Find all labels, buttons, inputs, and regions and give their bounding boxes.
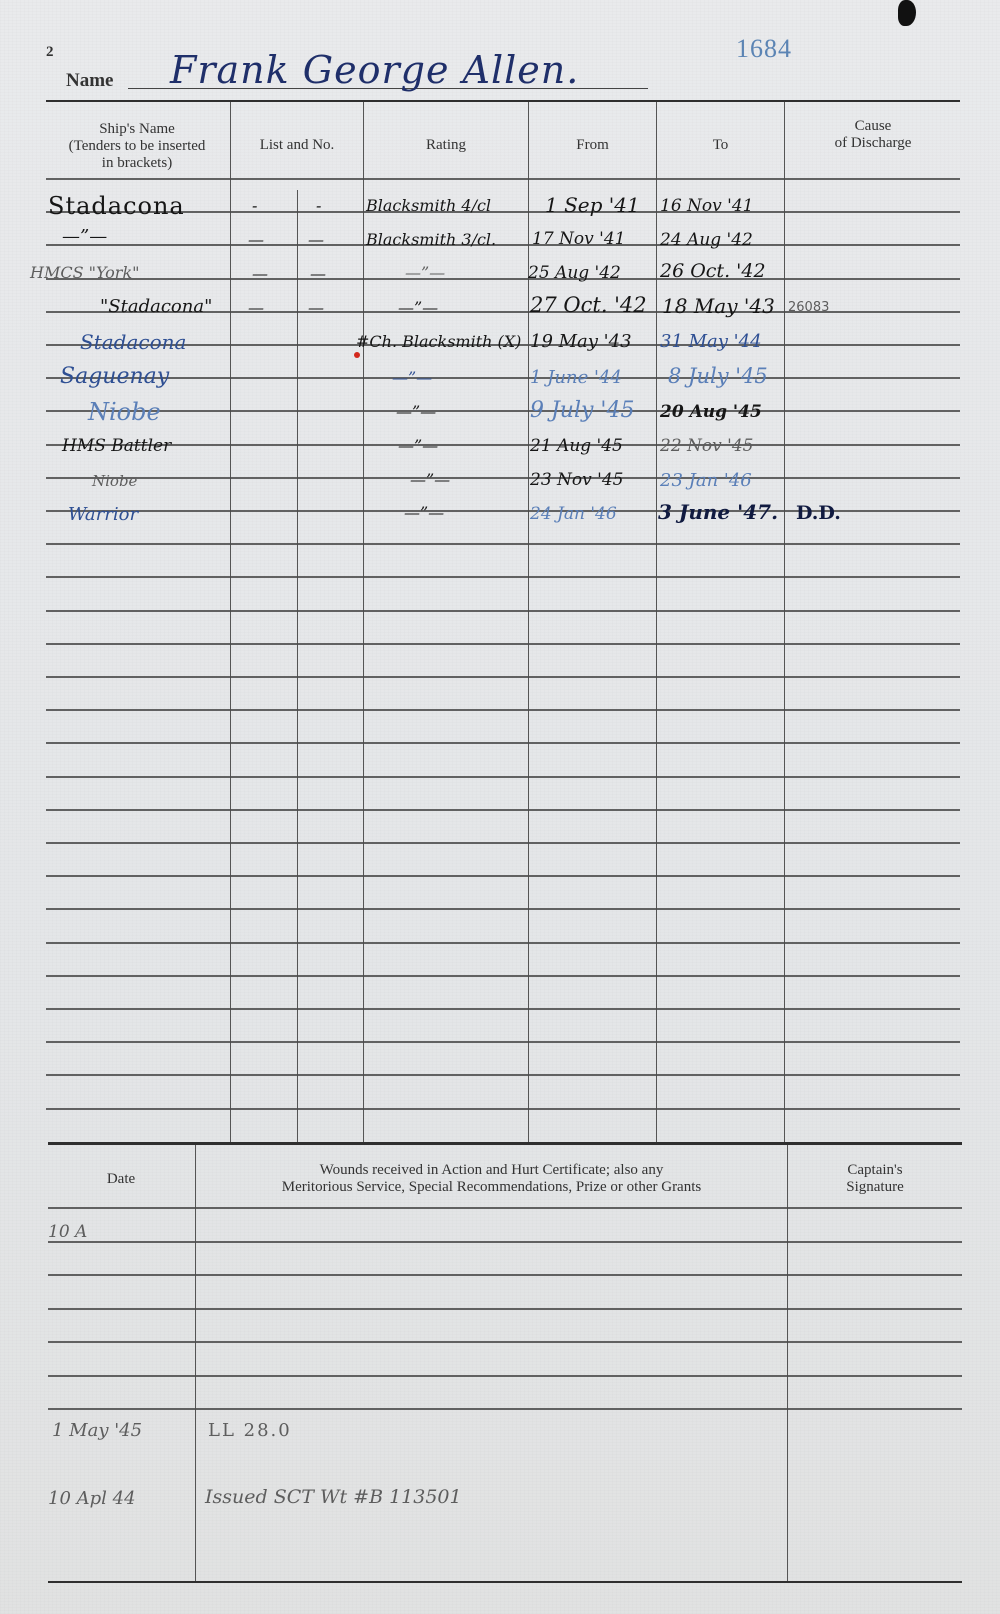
row-rule: [46, 244, 960, 246]
row-rule: [46, 1074, 960, 1076]
row-rule: [46, 444, 960, 446]
row-3-to: 18 May '43: [662, 294, 775, 318]
row-1-no: —: [308, 230, 324, 249]
top-rule: [46, 100, 960, 102]
row-rule: [46, 908, 960, 910]
row-7-to: 22 Nov '45: [660, 436, 753, 456]
row-2-list: —: [252, 264, 268, 283]
row-rule: [46, 643, 960, 645]
row-4-ship: Stadacona: [80, 330, 186, 354]
row-9-cause: D.D.: [796, 502, 841, 524]
grants-row-rule: [48, 1308, 962, 1310]
ink-blot: [898, 0, 916, 26]
header-bottom-rule: [46, 178, 960, 180]
col-divider: [230, 102, 231, 1142]
row-1-list: —: [248, 230, 264, 249]
row-6-rating: —”—: [396, 402, 436, 421]
row-rule: [46, 942, 960, 944]
row-rule: [46, 875, 960, 877]
row-6-from: 9 July '45: [530, 398, 634, 423]
row-5-rating: —”—: [392, 368, 432, 387]
row-5-ship: Saguenay: [60, 364, 169, 389]
section-divider-rule: [48, 1142, 962, 1145]
grants-row-6-date: 10 Apl 44: [48, 1488, 136, 1509]
row-2-ship: HMCS "York": [30, 263, 140, 282]
row-5-from: 1 June '44: [530, 367, 622, 388]
row-rule: [46, 776, 960, 778]
row-rule: [46, 410, 960, 412]
row-rule: [46, 1041, 960, 1043]
row-rule: [46, 975, 960, 977]
row-7-ship: HMS Battler: [62, 436, 171, 456]
row-2-to: 26 Oct. '42: [660, 260, 766, 282]
row-1-rating: Blacksmith 3/cl.: [366, 230, 496, 249]
row-rule: [46, 610, 960, 612]
row-1-ship: —”—: [62, 226, 107, 247]
row-3-from: 27 Oct. '42: [530, 293, 647, 317]
header-to: To: [658, 137, 783, 154]
row-2-from: 25 Aug '42: [528, 263, 621, 283]
row-7-from: 21 Aug '45: [530, 436, 623, 456]
grants-header-description: Wounds received in Action and Hurt Certi…: [197, 1162, 786, 1196]
row-3-list: —: [248, 298, 264, 317]
grants-row-0-date: 10 A: [48, 1222, 87, 1242]
row-1-from: 17 Nov '41: [532, 229, 625, 249]
row-6-to: 20 Aug '45: [660, 402, 762, 422]
col-divider: [297, 190, 298, 1142]
grants-row-rule: [48, 1274, 962, 1276]
grants-row-rule: [48, 1241, 962, 1243]
row-4-to: 31 May '44: [660, 331, 762, 352]
row-rule: [46, 1108, 960, 1110]
name-label: Name: [66, 70, 113, 92]
bottom-rule: [48, 1581, 962, 1583]
header-list-and-no: List and No.: [232, 137, 362, 154]
row-2-rating: —”—: [405, 263, 445, 282]
row-rule: [46, 742, 960, 744]
record-page: 2 1684 Name Frank George Allen. Ship's N…: [0, 0, 1000, 1614]
row-9-from: 24 Jan '46: [530, 504, 617, 524]
row-8-rating: —”—: [410, 470, 450, 489]
row-rule: [46, 1008, 960, 1010]
row-rule: [46, 576, 960, 578]
red-mark: [354, 352, 360, 358]
grants-row-6-description: Issued SCT Wt #B 113501: [205, 1486, 462, 1508]
row-3-rating: —”—: [398, 298, 438, 317]
row-4-from: 19 May '43: [530, 331, 632, 352]
col-divider: [656, 102, 657, 1142]
grants-row-rule: [48, 1341, 962, 1343]
grants-header-captains-signature: Captain's Signature: [789, 1162, 961, 1196]
grants-row-5-description: LL 28.0: [208, 1420, 292, 1441]
header-from: From: [530, 137, 655, 154]
row-8-to: 23 Jan '46: [660, 470, 752, 491]
row-0-rating: Blacksmith 4/cl: [366, 196, 491, 215]
row-0-to: 16 Nov '41: [660, 196, 753, 216]
row-rule: [46, 676, 960, 678]
row-9-ship: Warrior: [68, 504, 138, 525]
row-0-from: 1 Sep '41: [545, 193, 640, 217]
row-4-rating: #Ch. Blacksmith (X): [356, 332, 521, 351]
header-cause-of-discharge: Cause of Discharge: [786, 118, 960, 152]
row-0-ship: Stadacona: [48, 192, 185, 220]
row-7-rating: —”—: [398, 436, 438, 455]
row-2-no: —: [310, 264, 326, 283]
row-8-ship: Niobe: [92, 472, 137, 490]
row-1-to: 24 Aug '42: [660, 230, 753, 250]
row-6-ship: Niobe: [88, 398, 161, 426]
grants-header-date: Date: [48, 1171, 194, 1188]
header-rating: Rating: [365, 137, 527, 154]
page-number: 2: [46, 44, 54, 61]
header-ship-name: Ship's Name (Tenders to be inserted in b…: [46, 121, 228, 172]
row-rule: [46, 709, 960, 711]
row-9-to: 3 June '47.: [658, 500, 778, 524]
row-5-to: 8 July '45: [668, 364, 768, 388]
row-rule: [46, 809, 960, 811]
row-9-rating: —”—: [404, 503, 444, 522]
name-value: Frank George Allen.: [170, 48, 579, 92]
row-8-from: 23 Nov '45: [530, 470, 623, 490]
col-divider: [784, 102, 785, 1142]
row-0-no: -: [316, 196, 321, 215]
row-3-cause: 26083: [788, 300, 829, 315]
grants-row-rule: [48, 1408, 962, 1410]
grants-row-rule: [48, 1375, 962, 1377]
row-rule: [46, 377, 960, 379]
record-number-stamp: 1684: [736, 34, 792, 64]
row-0-list: -: [252, 196, 257, 215]
grants-col-divider: [787, 1145, 788, 1581]
grants-row-5-date: 1 May '45: [52, 1420, 142, 1441]
row-rule: [46, 543, 960, 545]
grants-col-divider: [195, 1145, 196, 1581]
row-rule: [46, 842, 960, 844]
col-divider: [528, 102, 529, 1142]
row-rule: [46, 278, 960, 280]
row-rule: [46, 477, 960, 479]
row-3-ship: "Stadacona": [100, 296, 212, 317]
row-3-no: —: [308, 298, 324, 317]
col-divider: [363, 102, 364, 1142]
grants-row-rule: [48, 1207, 962, 1209]
